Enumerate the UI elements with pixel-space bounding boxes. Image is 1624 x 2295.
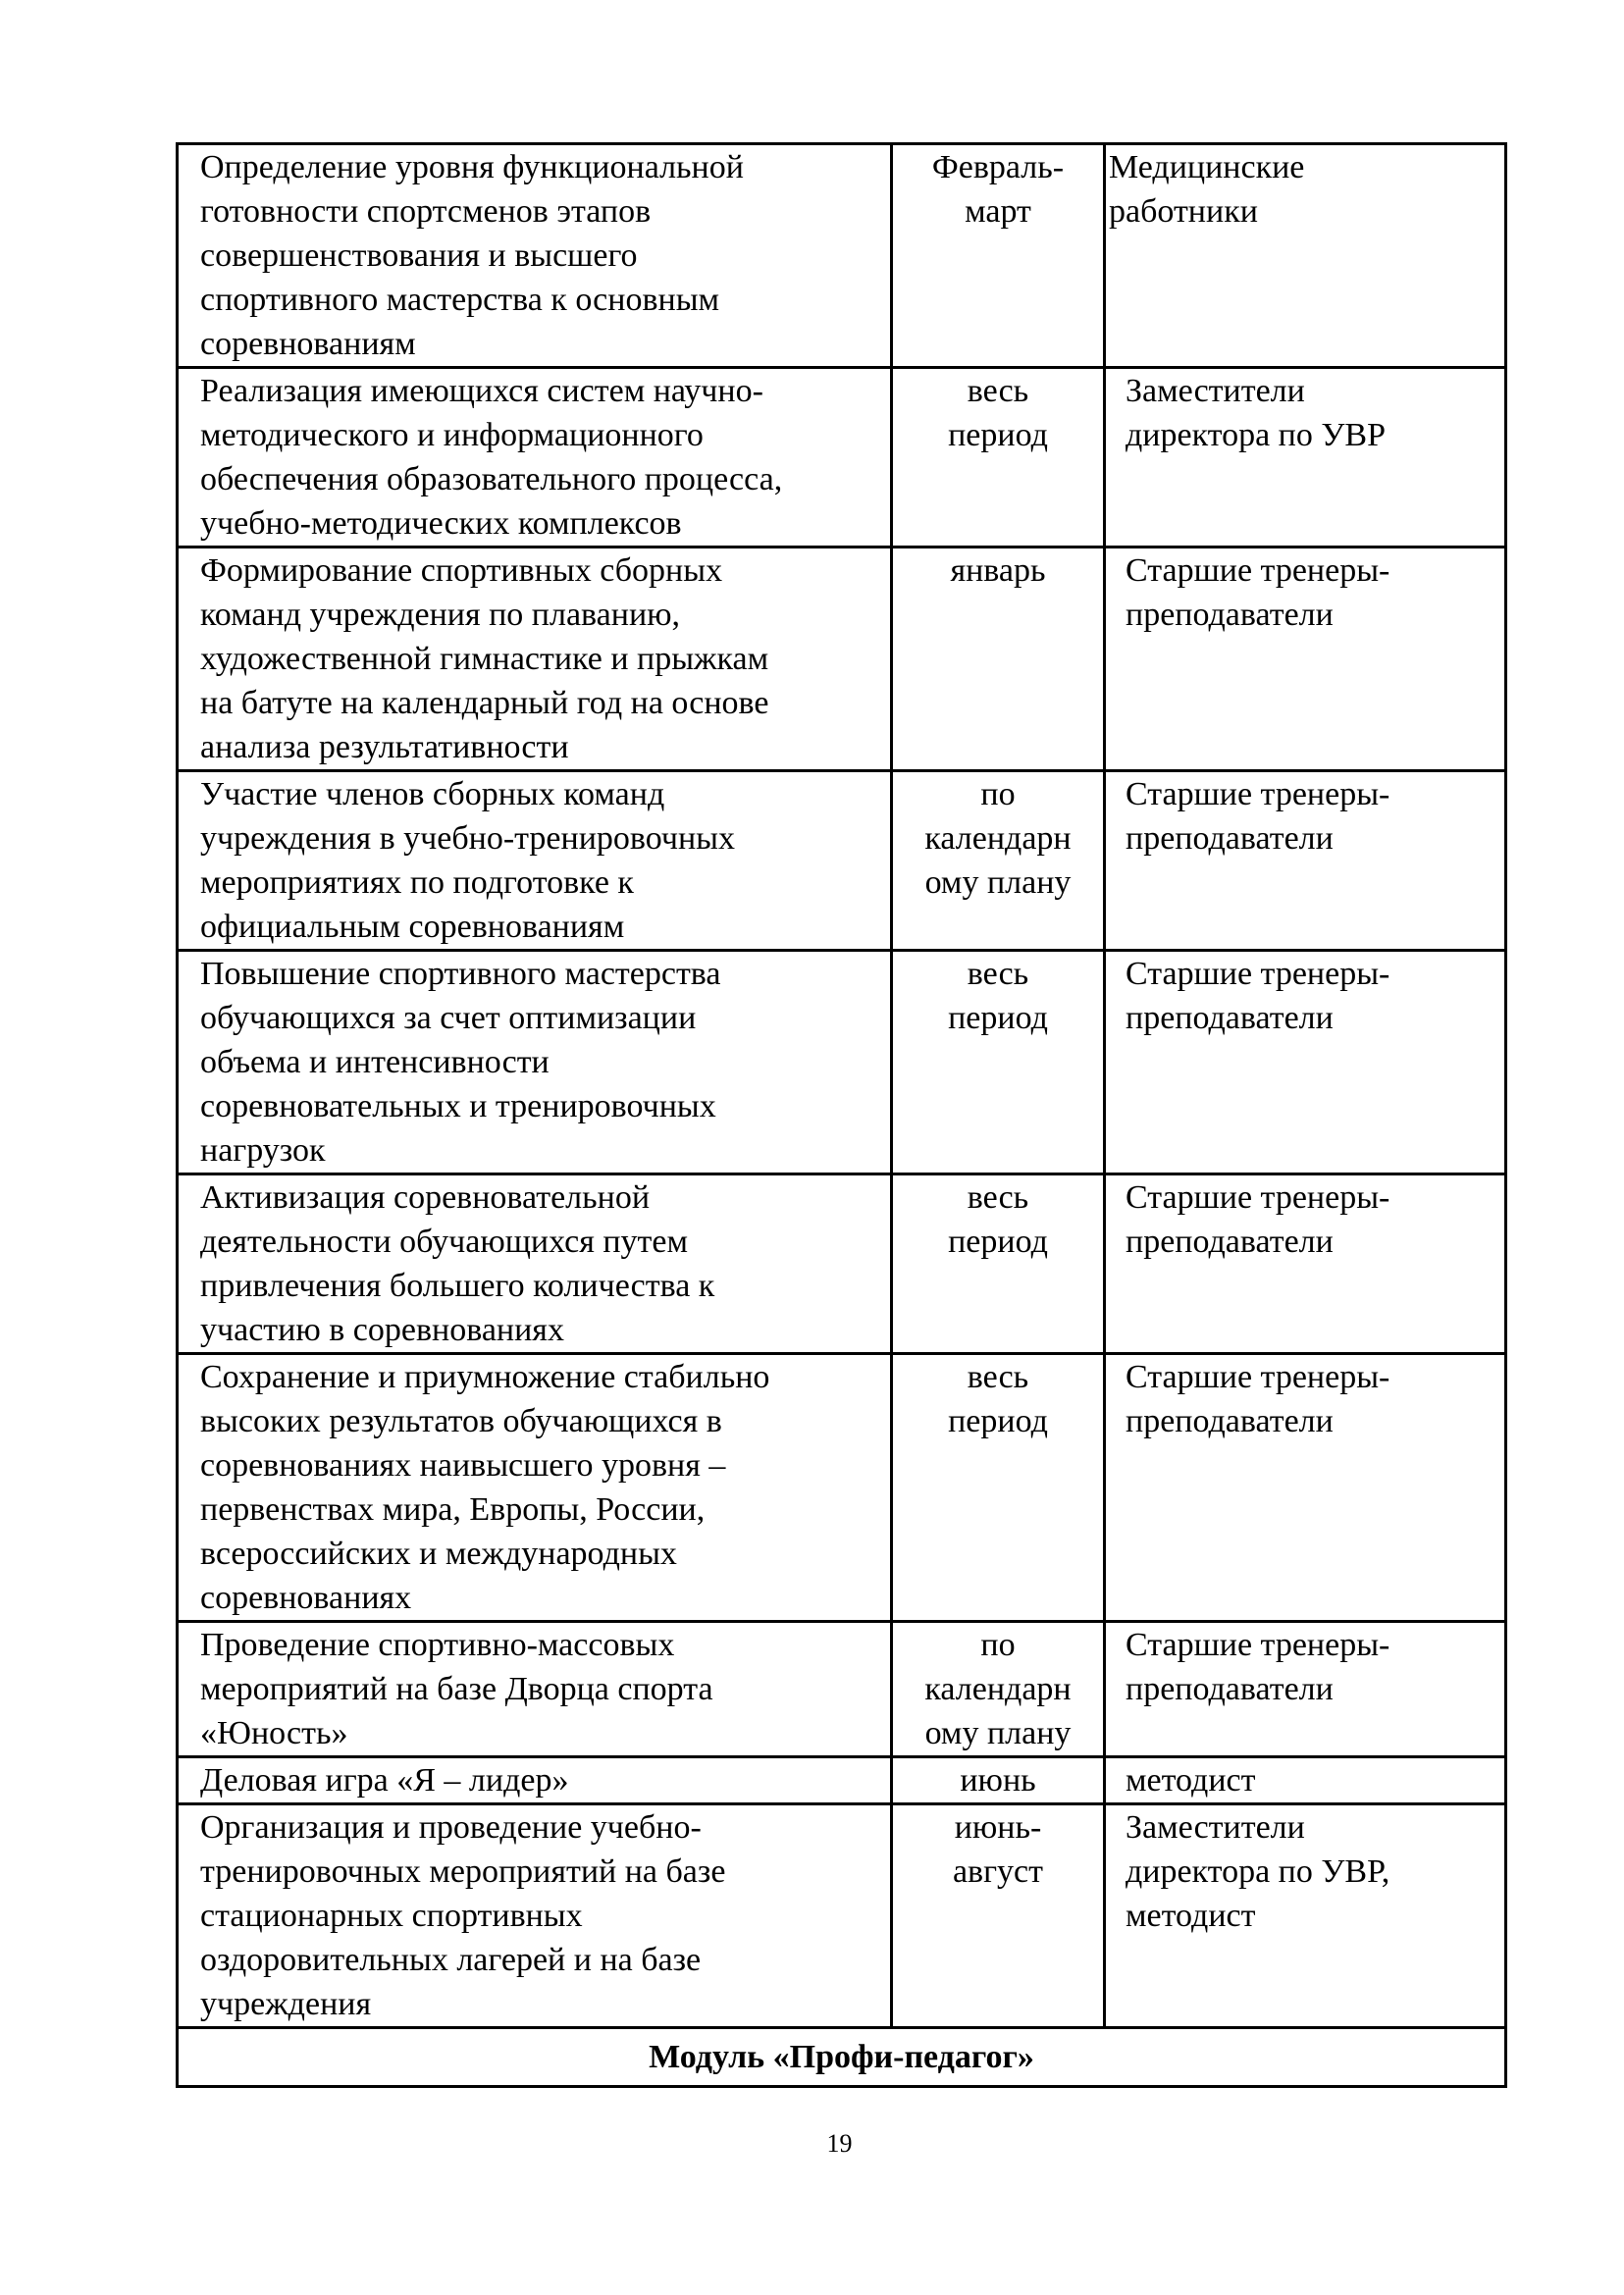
responsible-cell-line: Медицинские — [1109, 145, 1498, 189]
activity-cell-line: привлечения большего количества к — [200, 1264, 882, 1308]
table-row: Участие членов сборных командучреждения … — [178, 771, 1506, 951]
table-row: Организация и проведение учебно-трениров… — [178, 1804, 1506, 2028]
activity-cell-line: мероприятий на базе Дворца спорта — [200, 1667, 882, 1711]
activity-cell-line: соревнованиям — [200, 322, 882, 366]
responsible-cell-line: Старшие тренеры- — [1126, 1623, 1498, 1667]
activity-cell-line: тренировочных мероприятий на базе — [200, 1850, 882, 1894]
period-cell-line: период — [897, 1399, 1099, 1443]
responsible-cell-line: методист — [1126, 1894, 1498, 1938]
period-cell-line: Февраль- — [897, 145, 1099, 189]
activity-cell-line: готовности спортсменов этапов — [200, 189, 882, 234]
activity-cell-line: официальным соревнованиям — [200, 905, 882, 949]
responsible-cell: Медицинскиеработники — [1105, 144, 1506, 368]
table-row: Определение уровня функциональнойготовно… — [178, 144, 1506, 368]
responsible-cell: Заместителидиректора по УВР — [1105, 368, 1506, 548]
period-cell: июнь-август — [892, 1804, 1105, 2028]
responsible-cell-line: директора по УВР, — [1126, 1850, 1498, 1894]
activity-cell-line: участию в соревнованиях — [200, 1308, 882, 1352]
activity-cell-line: учреждения — [200, 1982, 882, 2026]
activity-cell-line: учреждения в учебно-тренировочных — [200, 816, 882, 861]
activity-cell-line: всероссийских и международных — [200, 1532, 882, 1576]
activity-cell-line: Сохранение и приумножение стабильно — [200, 1355, 882, 1399]
module-header: Модуль «Профи-педагог» — [178, 2028, 1506, 2087]
activity-cell-line: мероприятиях по подготовке к — [200, 861, 882, 905]
activity-cell-line: Формирование спортивных сборных — [200, 548, 882, 593]
activity-cell: Определение уровня функциональнойготовно… — [178, 144, 892, 368]
period-cell-line: январь — [897, 548, 1099, 593]
responsible-cell-line: Заместители — [1126, 369, 1498, 413]
activity-cell: Повышение спортивного мастерстваобучающи… — [178, 951, 892, 1174]
responsible-cell-line: Старшие тренеры- — [1126, 1175, 1498, 1220]
period-cell-line: июнь — [897, 1758, 1099, 1802]
activity-cell-line: анализа результативности — [200, 725, 882, 769]
responsible-cell: Старшие тренеры-преподаватели — [1105, 771, 1506, 951]
period-cell: весьпериод — [892, 951, 1105, 1174]
responsible-cell: Заместителидиректора по УВР,методист — [1105, 1804, 1506, 2028]
activity-cell-line: спортивного мастерства к основным — [200, 278, 882, 322]
module-header-row: Модуль «Профи-педагог» — [178, 2028, 1506, 2087]
activity-cell: Деловая игра «Я – лидер» — [178, 1757, 892, 1804]
responsible-cell-line: работники — [1109, 189, 1498, 234]
period-cell: весьпериод — [892, 368, 1105, 548]
activity-cell: Сохранение и приумножение стабильновысок… — [178, 1354, 892, 1622]
responsible-cell-line: директора по УВР — [1126, 413, 1498, 457]
period-cell-line: ому плану — [897, 861, 1099, 905]
activity-cell-line: учебно-методических комплексов — [200, 501, 882, 546]
activity-cell-line: совершенствования и высшего — [200, 234, 882, 278]
activity-cell-line: оздоровительных лагерей и на базе — [200, 1938, 882, 1982]
responsible-cell: Старшие тренеры-преподаватели — [1105, 1174, 1506, 1354]
responsible-cell: Старшие тренеры-преподаватели — [1105, 951, 1506, 1174]
activity-cell: Участие членов сборных командучреждения … — [178, 771, 892, 951]
table-row: Проведение спортивно-массовыхмероприятий… — [178, 1622, 1506, 1757]
activity-cell-line: Проведение спортивно-массовых — [200, 1623, 882, 1667]
activity-cell-line: Активизация соревновательной — [200, 1175, 882, 1220]
activity-cell-line: нагрузок — [200, 1128, 882, 1173]
activity-cell-line: соревновательных и тренировочных — [200, 1084, 882, 1128]
period-cell-line: период — [897, 996, 1099, 1040]
activity-cell-line: Деловая игра «Я – лидер» — [200, 1758, 882, 1802]
activity-cell-line: Участие членов сборных команд — [200, 772, 882, 816]
responsible-cell: методист — [1105, 1757, 1506, 1804]
period-cell: январь — [892, 548, 1105, 771]
table-row: Повышение спортивного мастерстваобучающи… — [178, 951, 1506, 1174]
responsible-cell-line: преподаватели — [1126, 593, 1498, 637]
responsible-cell-line: преподаватели — [1126, 1399, 1498, 1443]
activity-cell-line: обучающихся за счет оптимизации — [200, 996, 882, 1040]
activity-cell-line: Определение уровня функциональной — [200, 145, 882, 189]
activity-cell-line: Реализация имеющихся систем научно- — [200, 369, 882, 413]
period-cell-line: весь — [897, 1355, 1099, 1399]
activity-cell-line: «Юность» — [200, 1711, 882, 1755]
responsible-cell-line: Старшие тренеры- — [1126, 548, 1498, 593]
responsible-cell-line: преподаватели — [1126, 1220, 1498, 1264]
activity-cell-line: высоких результатов обучающихся в — [200, 1399, 882, 1443]
activity-cell-line: художественной гимнастике и прыжкам — [200, 637, 882, 681]
responsible-cell-line: Старшие тренеры- — [1126, 772, 1498, 816]
activity-plan-table: Определение уровня функциональнойготовно… — [176, 142, 1507, 2088]
period-cell-line: весь — [897, 369, 1099, 413]
activity-cell-line: соревнованиях — [200, 1576, 882, 1620]
period-cell-line: по — [897, 1623, 1099, 1667]
activity-cell: Проведение спортивно-массовыхмероприятий… — [178, 1622, 892, 1757]
responsible-cell-line: Заместители — [1126, 1805, 1498, 1850]
period-cell: покалендарному плану — [892, 1622, 1105, 1757]
period-cell: покалендарному плану — [892, 771, 1105, 951]
activity-cell-line: объема и интенсивности — [200, 1040, 882, 1084]
activity-cell-line: на батуте на календарный год на основе — [200, 681, 882, 725]
activity-cell-line: Организация и проведение учебно- — [200, 1805, 882, 1850]
table-row: Деловая игра «Я – лидер»июньметодист — [178, 1757, 1506, 1804]
activity-cell: Формирование спортивных сборныхкоманд уч… — [178, 548, 892, 771]
activity-cell-line: соревнованиях наивысшего уровня – — [200, 1443, 882, 1487]
activity-cell-line: первенствах мира, Европы, России, — [200, 1487, 882, 1532]
period-cell: весьпериод — [892, 1354, 1105, 1622]
period-cell-line: август — [897, 1850, 1099, 1894]
activity-cell: Реализация имеющихся систем научно-метод… — [178, 368, 892, 548]
table-row: Формирование спортивных сборныхкоманд уч… — [178, 548, 1506, 771]
period-cell: Февраль-март — [892, 144, 1105, 368]
responsible-cell-line: преподаватели — [1126, 816, 1498, 861]
activity-cell-line: деятельности обучающихся путем — [200, 1220, 882, 1264]
responsible-cell: Старшие тренеры-преподаватели — [1105, 1354, 1506, 1622]
responsible-cell-line: Старшие тренеры- — [1126, 952, 1498, 996]
period-cell-line: календарн — [897, 1667, 1099, 1711]
document-page: Определение уровня функциональнойготовно… — [0, 0, 1624, 2295]
period-cell-line: период — [897, 1220, 1099, 1264]
period-cell: весьпериод — [892, 1174, 1105, 1354]
activity-cell: Организация и проведение учебно-трениров… — [178, 1804, 892, 2028]
activity-cell: Активизация соревновательнойдеятельности… — [178, 1174, 892, 1354]
activity-cell-line: стационарных спортивных — [200, 1894, 882, 1938]
page-number: 19 — [0, 2127, 1624, 2161]
period-cell-line: весь — [897, 1175, 1099, 1220]
period-cell-line: по — [897, 772, 1099, 816]
responsible-cell: Старшие тренеры-преподаватели — [1105, 1622, 1506, 1757]
activity-cell-line: обеспечения образовательного процесса, — [200, 457, 882, 501]
table-row: Активизация соревновательнойдеятельности… — [178, 1174, 1506, 1354]
responsible-cell-line: преподаватели — [1126, 1667, 1498, 1711]
period-cell-line: период — [897, 413, 1099, 457]
period-cell-line: март — [897, 189, 1099, 234]
activity-plan-body: Определение уровня функциональнойготовно… — [178, 144, 1506, 2028]
table-row: Реализация имеющихся систем научно-метод… — [178, 368, 1506, 548]
responsible-cell-line: методист — [1126, 1758, 1498, 1802]
activity-cell-line: Повышение спортивного мастерства — [200, 952, 882, 996]
period-cell: июнь — [892, 1757, 1105, 1804]
responsible-cell-line: Старшие тренеры- — [1126, 1355, 1498, 1399]
activity-cell-line: команд учреждения по плаванию, — [200, 593, 882, 637]
period-cell-line: июнь- — [897, 1805, 1099, 1850]
period-cell-line: весь — [897, 952, 1099, 996]
table-row: Сохранение и приумножение стабильновысок… — [178, 1354, 1506, 1622]
responsible-cell-line: преподаватели — [1126, 996, 1498, 1040]
activity-cell-line: методического и информационного — [200, 413, 882, 457]
responsible-cell: Старшие тренеры-преподаватели — [1105, 548, 1506, 771]
period-cell-line: ому плану — [897, 1711, 1099, 1755]
period-cell-line: календарн — [897, 816, 1099, 861]
